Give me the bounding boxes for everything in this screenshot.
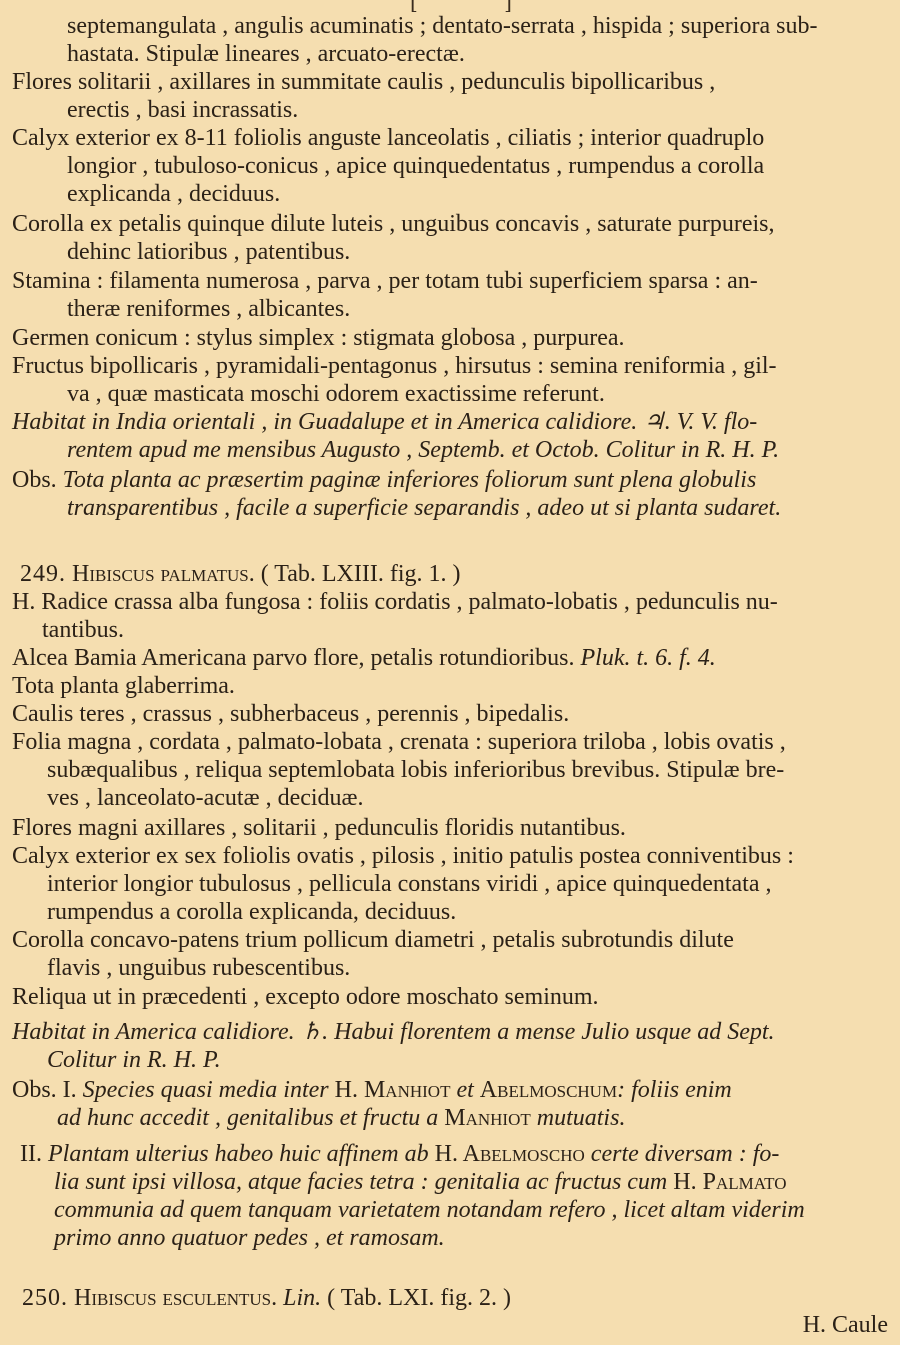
species-250-heading: 250. Hibiscus esculentus. Lin. ( Tab. LX… [12, 1284, 888, 1312]
observation-2: II. Plantam ulterius habeo huic affinem … [12, 1140, 888, 1252]
calyx-249-paragraph: Calyx exterior ex sex foliolis ovatis , … [12, 842, 888, 926]
flores-249-line: Flores magni axillares , solitarii , ped… [12, 814, 888, 842]
species-name: Hibiscus palmatus. [72, 561, 255, 587]
synonym-line: Alcea Bamia Americana parvo flore, petal… [12, 644, 888, 672]
leaf-description-continued: septemangulata , angulis acuminatis ; de… [12, 12, 888, 68]
caulis-line: Caulis teres , crassus , subherbaceus , … [12, 700, 888, 728]
document-page: [ ] septemangulata , angulis acuminatis … [0, 0, 900, 1345]
species-name: Hibiscus esculentus. [74, 1285, 277, 1311]
stamina-paragraph: Stamina : filamenta numerosa , parva , p… [12, 267, 888, 323]
tota-line: Tota planta glaberrima. [12, 672, 888, 700]
habitat-paragraph: Habitat in India orientali , in Guadalup… [12, 408, 888, 464]
calyx-paragraph: Calyx exterior ex 8-11 foliolis anguste … [12, 124, 888, 208]
species-249-heading: 249. Hibiscus palmatus. ( Tab. LXIII. fi… [12, 560, 888, 588]
corolla-paragraph: Corolla ex petalis quinque dilute luteis… [12, 210, 888, 266]
observation-paragraph: Obs. Tota planta ac præsertim paginæ inf… [12, 466, 888, 522]
folia-paragraph: Folia magna , cordata , palmato-lobata ,… [12, 728, 888, 812]
catchword: H. Caule [803, 1312, 888, 1339]
reliqua-line: Reliqua ut in præcedenti , excepto odore… [12, 983, 888, 1011]
flores-paragraph: Flores solitarii , axillares in summitat… [12, 68, 888, 124]
observation-1: Obs. I. Species quasi media inter H. Man… [12, 1076, 888, 1132]
species-249-diagnosis: H. Radice crassa alba fungosa : foliis c… [12, 588, 888, 644]
habitat-249-paragraph: Habitat in America calidiore. ♄. Habui f… [12, 1018, 888, 1074]
germen-paragraph: Germen conicum : stylus simplex : stigma… [12, 324, 888, 352]
fructus-paragraph: Fructus bipollicaris , pyramidali-pentag… [12, 352, 888, 408]
corolla-249-paragraph: Corolla concavo-patens trium pollicum di… [12, 926, 888, 982]
